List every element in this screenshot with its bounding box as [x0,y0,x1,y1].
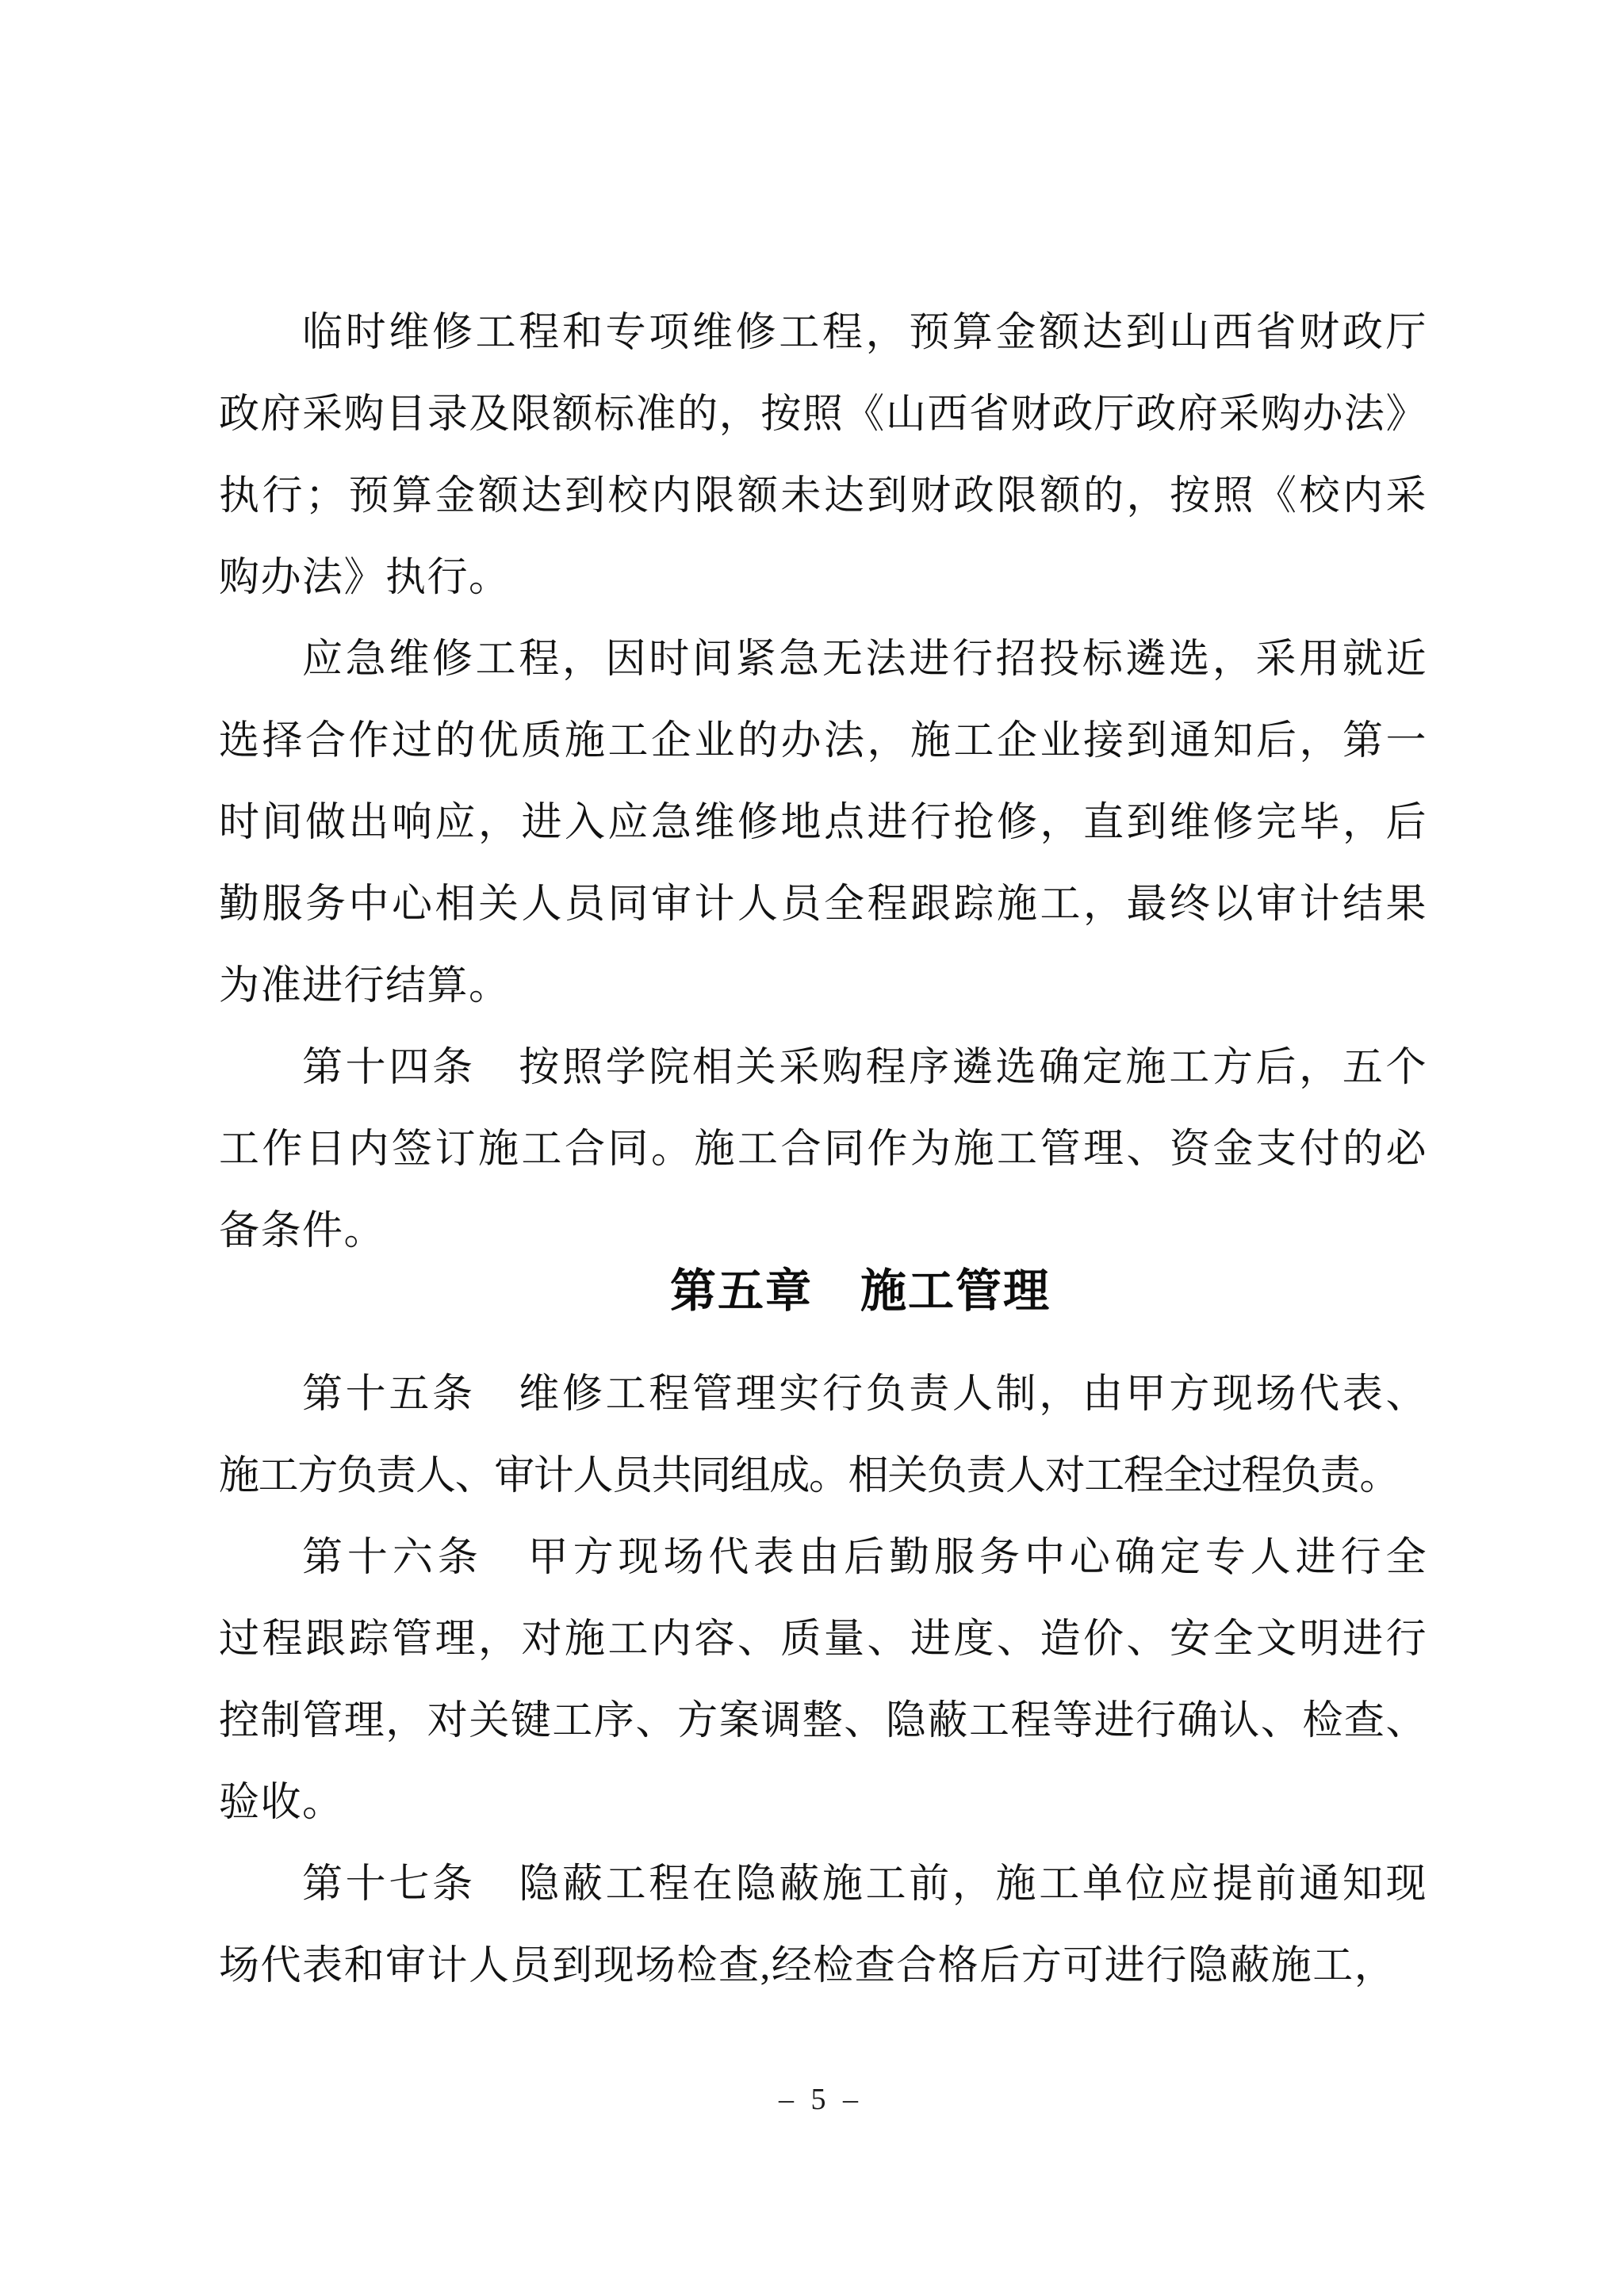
body-line: 第十五条 维修工程管理实行负责人制，由甲方现场代表、 [219,1354,1427,1436]
body-line: 应急维修工程，因时间紧急无法进行招投标遴选，采用就近 [219,619,1427,701]
chapter-heading-text: 第五章 施工管理 [670,1250,1051,1332]
document-body: 临时维修工程和专项维修工程，预算金额达到山西省财政厅政府采购目录及限额标准的，按… [219,293,1427,2007]
body-line: 临时维修工程和专项维修工程，预算金额达到山西省财政厅 [219,293,1427,374]
body-line: 政府采购目录及限额标准的，按照《山西省财政厅政府采购办法》 [219,374,1427,456]
body-line: 第十七条 隐蔽工程在隐蔽施工前，施工单位应提前通知现 [219,1844,1427,1926]
body-line: 验收。 [219,1762,1427,1844]
body-line: 控制管理，对关键工序、方案调整、隐蔽工程等进行确认、检查、 [219,1681,1427,1762]
body-line: 购办法》执行。 [219,538,1427,619]
page-number: – 5 – [0,2082,1624,2117]
body-line: 施工方负责人、审计人员共同组成。相关负责人对工程全过程负责。 [219,1436,1427,1517]
body-line: 第十四条 按照学院相关采购程序遴选确定施工方后，五个 [219,1027,1427,1109]
chapter-heading: 第五章 施工管理 [219,1250,1427,1332]
body-line: 场代表和审计人员到现场检查,经检查合格后方可进行隐蔽施工， [219,1926,1427,2007]
body-line: 第十六条 甲方现场代表由后勤服务中心确定专人进行全 [219,1517,1427,1599]
body-line: 选择合作过的优质施工企业的办法，施工企业接到通知后，第一 [219,701,1427,783]
body-line: 勤服务中心相关人员同审计人员全程跟踪施工，最终以审计结果 [219,864,1427,946]
body-line: 执行；预算金额达到校内限额未达到财政限额的，按照《校内采 [219,456,1427,538]
body-line: 工作日内签订施工合同。施工合同作为施工管理、资金支付的必 [219,1109,1427,1191]
body-line: 为准进行结算。 [219,946,1427,1027]
document-page: 临时维修工程和专项维修工程，预算金额达到山西省财政厅政府采购目录及限额标准的，按… [0,0,1624,2296]
body-line: 过程跟踪管理，对施工内容、质量、进度、造价、安全文明进行 [219,1599,1427,1681]
body-line: 时间做出响应，进入应急维修地点进行抢修，直到维修完毕，后 [219,783,1427,864]
